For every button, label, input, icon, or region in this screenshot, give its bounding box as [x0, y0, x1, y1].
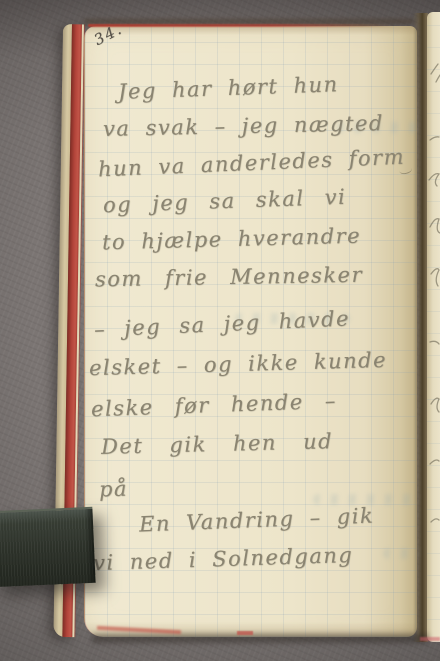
next-page-sliver: [427, 12, 440, 642]
bottom-red-edge: [420, 637, 440, 641]
handwriting-line: som frie Mennesker: [95, 265, 363, 291]
gutter-shadow: [413, 13, 428, 642]
handwriting-line: va svak – jeg nægted: [103, 113, 384, 140]
photo-backdrop: 34. Jeg har hørt hun va svak – jeg nægte…: [0, 0, 440, 661]
bottom-edge-shadow: [92, 634, 428, 643]
handwriting-line: på: [99, 479, 129, 501]
book-clamp: [0, 507, 96, 587]
next-page-writing: [427, 12, 440, 642]
handwriting-line: Det gik hen ud: [101, 431, 334, 458]
bottom-red-edge: [237, 631, 253, 635]
top-edge-red-line: [88, 24, 394, 27]
